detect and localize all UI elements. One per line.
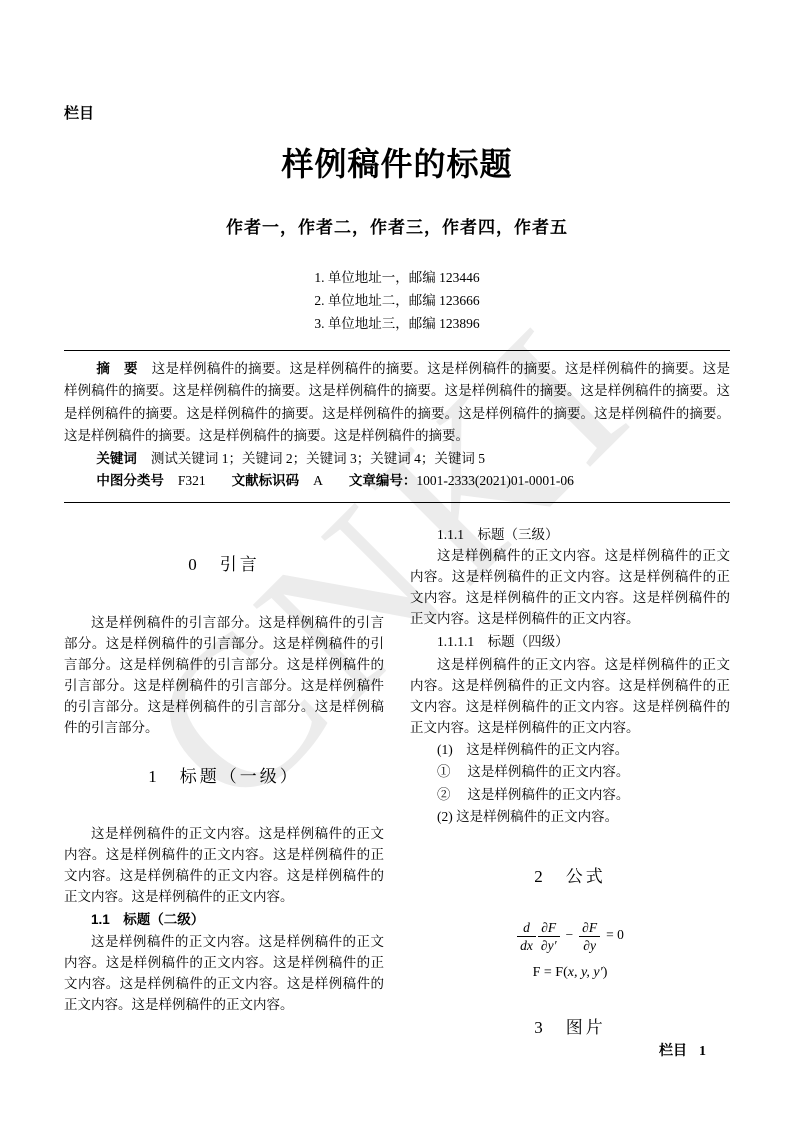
author-line: 作者一，作者二，作者三，作者四，作者五 [64, 218, 730, 238]
clc-value: F321 [178, 473, 206, 488]
body-paragraph: 这是样例稿件的正文内容。这是样例稿件的正文内容。这是样例稿件的正文内容。这是样例… [410, 546, 730, 630]
affiliation-item: 3. 单位地址三，邮编 123896 [314, 312, 479, 335]
page-footer: 栏目1 [659, 1042, 706, 1060]
keywords-text: 测试关键词 1；关键词 2；关键词 3；关键词 4；关键词 5 [151, 451, 485, 466]
article-title: 样例稿件的标题 [64, 144, 730, 184]
equals-zero: = 0 [606, 927, 624, 942]
list-item: ① 这是样例稿件的正文内容。 [410, 761, 730, 784]
body-paragraph: 这是样例稿件的正文内容。这是样例稿件的正文内容。这是样例稿件的正文内容。这是样例… [410, 655, 730, 739]
section-heading-level1: 1 标题（一级） [64, 766, 384, 788]
affiliation-item: 1. 单位地址一，邮编 123446 [314, 266, 479, 289]
fraction-dF-dy: ∂F∂y [579, 920, 600, 953]
list-item: (2) 这是样例稿件的正文内容。 [410, 806, 730, 829]
page-content: 栏目 样例稿件的标题 作者一，作者二，作者三，作者四，作者五 1. 单位地址一，… [0, 106, 794, 1039]
subsection-heading-level2: 1.1 标题（二级） [64, 910, 384, 931]
body-paragraph: 这是样例稿件的正文内容。这是样例稿件的正文内容。这是样例稿件的正文内容。这是样例… [64, 824, 384, 908]
paper-page: CNKI 栏目 样例稿件的标题 作者一，作者二，作者三，作者四，作者五 1. 单… [0, 0, 794, 1123]
list-item: ② 这是样例稿件的正文内容。 [410, 784, 730, 807]
list-item: (1) 这是样例稿件的正文内容。 [410, 739, 730, 762]
two-column-body: 0 引言 这是样例稿件的引言部分。这是样例稿件的引言部分。这是样例稿件的引言部分… [64, 511, 730, 1038]
body-paragraph: 这是样例稿件的正文内容。这是样例稿件的正文内容。这是样例稿件的正文内容。这是样例… [64, 932, 384, 1016]
section-heading-intro: 0 引言 [64, 554, 384, 576]
abstract-label: 摘 要 [96, 361, 137, 376]
fraction-dF-dyprime: ∂F∂y′ [538, 920, 560, 953]
article-no-value: 1001-2333(2021)01-0001-06 [416, 473, 573, 488]
classification-line: 中图分类号F321文献标识码A文章编号：1001-2333(2021)01-00… [64, 470, 730, 492]
doc-code-value: A [313, 473, 323, 488]
article-no-label: 文章编号： [349, 473, 417, 488]
keywords-label: 关键词 [96, 451, 137, 466]
front-matter-block: 摘 要这是样例稿件的摘要。这是样例稿件的摘要。这是样例稿件的摘要。这是样例稿件的… [64, 350, 730, 503]
minus-operator: − [566, 927, 574, 942]
affiliation-block: 1. 单位地址一，邮编 123446 2. 单位地址二，邮编 123666 3.… [64, 266, 730, 335]
keywords-line: 关键词测试关键词 1；关键词 2；关键词 3；关键词 4；关键词 5 [64, 448, 730, 470]
affiliation-item: 2. 单位地址二，邮编 123666 [314, 289, 479, 312]
formula2-close: ) [603, 965, 608, 980]
section-heading-figure: 3 图片 [410, 1017, 730, 1039]
function-definition-formula: F = F(x, y, y′) [410, 963, 730, 984]
intro-paragraph: 这是样例稿件的引言部分。这是样例稿件的引言部分。这是样例稿件的引言部分。这是样例… [64, 613, 384, 738]
clc-label: 中图分类号 [96, 473, 164, 488]
euler-lagrange-formula: ddx∂F∂y′−∂F∂y= 0 [410, 920, 730, 953]
formula2-lhs: F = F( [533, 965, 568, 980]
fraction-d-dx: ddx [517, 920, 536, 953]
subsection-heading-level3: 1.1.1 标题（三级） [410, 525, 730, 546]
right-column: 1.1.1 标题（三级） 这是样例稿件的正文内容。这是样例稿件的正文内容。这是样… [410, 511, 730, 1038]
abstract-paragraph: 摘 要这是样例稿件的摘要。这是样例稿件的摘要。这是样例稿件的摘要。这是样例稿件的… [64, 358, 730, 448]
footer-column-label: 栏目 [659, 1042, 687, 1058]
footer-page-number: 1 [699, 1044, 706, 1059]
subsection-heading-level4: 1.1.1.1 标题（四级） [410, 632, 730, 653]
left-column: 0 引言 这是样例稿件的引言部分。这是样例稿件的引言部分。这是样例稿件的引言部分… [64, 511, 384, 1038]
formula2-variables: x, y, y′ [568, 965, 603, 980]
section-heading-formula: 2 公式 [410, 866, 730, 888]
running-head-column-label: 栏目 [64, 106, 730, 122]
abstract-text: 这是样例稿件的摘要。这是样例稿件的摘要。这是样例稿件的摘要。这是样例稿件的摘要。… [64, 361, 730, 443]
doc-code-label: 文献标识码 [232, 473, 300, 488]
affiliation-list: 1. 单位地址一，邮编 123446 2. 单位地址二，邮编 123666 3.… [314, 266, 479, 335]
